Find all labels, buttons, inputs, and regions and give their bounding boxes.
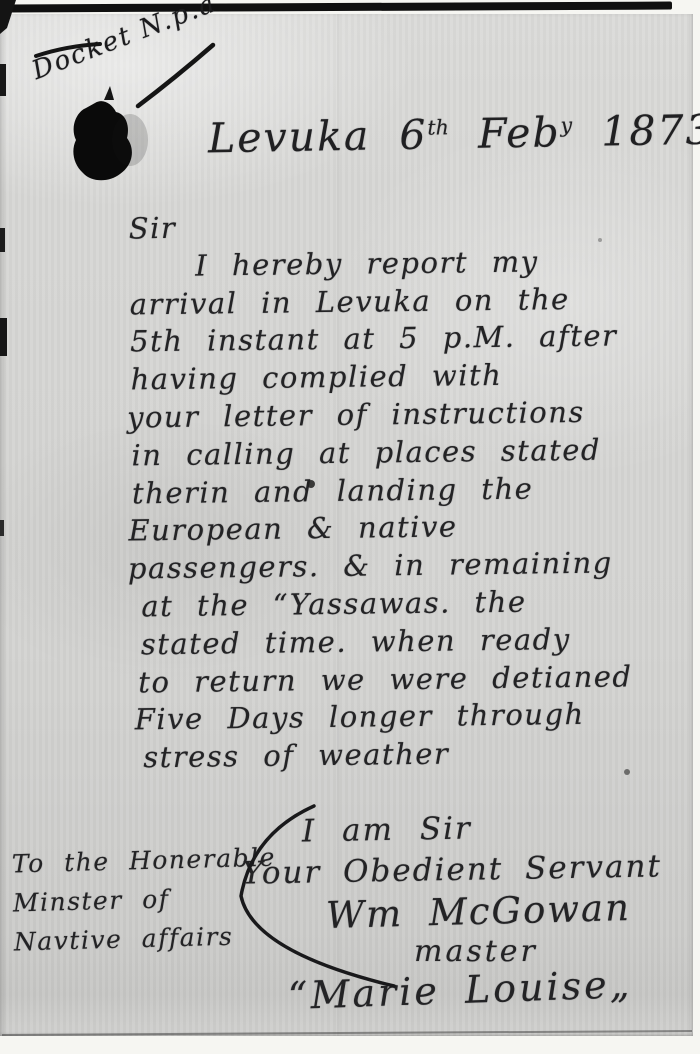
signature-title: master	[414, 934, 538, 969]
addressee-line: Navtive affairs	[14, 921, 279, 967]
addressee-block: To the Honerable Minster of Navtive affa…	[12, 843, 279, 967]
letter-body: Sir I hereby report my arrival in Levuka…	[129, 205, 696, 779]
body-line: I hereby report my	[195, 242, 689, 286]
closing-valediction: I am Sir	[302, 811, 472, 850]
dateline-place-day: Levuka 6	[208, 111, 428, 163]
signature: Wm McGowan	[325, 886, 631, 937]
dateline: Levuka 6th Feby 1873	[208, 106, 700, 163]
addressee-line: To the Honerable	[12, 843, 277, 889]
dateline-year: 1873	[572, 106, 700, 156]
body-line: stress of weather	[143, 734, 695, 779]
dateline-month: Feb	[449, 108, 562, 158]
dateline-ordinal: th	[427, 115, 449, 139]
scanned-letter-page: Docket N.p.a Levuka 6th Feby 1873 Sir I …	[0, 0, 700, 1054]
scan-edge-bar	[6, 2, 672, 13]
dateline-month-suffix: y	[560, 113, 572, 137]
closing-valediction: Your Obedient Servant	[242, 848, 662, 891]
